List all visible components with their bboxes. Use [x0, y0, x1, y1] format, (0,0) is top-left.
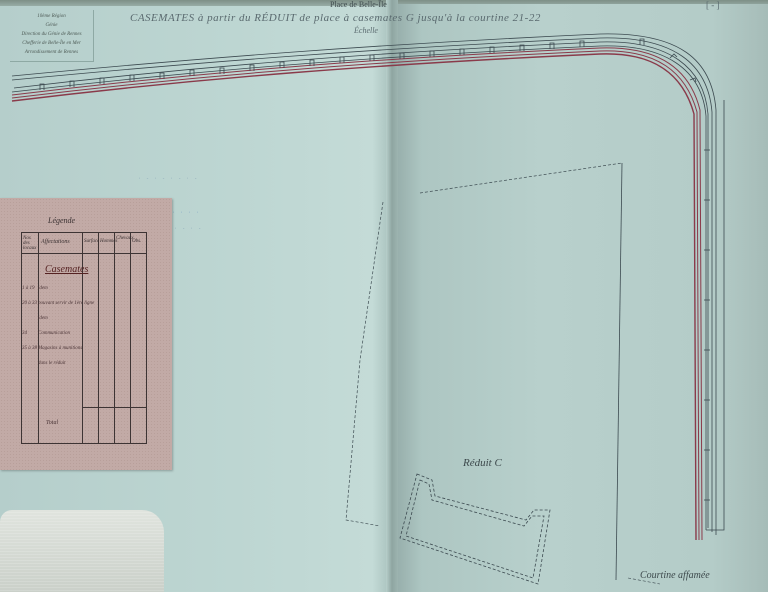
legend-row: 1 à 19idem — [22, 286, 48, 291]
table-divider — [114, 233, 115, 443]
legend-row: dans le réduit — [22, 361, 66, 366]
table-divider — [98, 233, 99, 443]
table-divider — [82, 407, 146, 408]
legend-row: 20 à 33pouvant servir de 1ère ligne — [22, 301, 94, 306]
legend-section-title: Casemates — [45, 264, 88, 275]
col-header: Affectations — [41, 239, 70, 245]
legend-total: Total — [46, 420, 58, 426]
col-header: Hommes — [100, 239, 118, 244]
legend-sheet: Légende Nos des locaux Affectations Surf… — [0, 198, 172, 470]
col-header: Surface — [84, 239, 99, 244]
redoubt-c-outline — [400, 474, 550, 584]
redoubt-label: Réduit C — [463, 457, 502, 469]
bottom-note: Courtine affamée — [640, 570, 710, 581]
legend-row: 35 à 38Magasins à munitions — [22, 346, 82, 351]
col-header: Obs. — [132, 239, 141, 244]
col-header: Chevaux — [116, 236, 134, 241]
table-divider — [38, 233, 39, 443]
col-header: Nos des locaux — [23, 236, 37, 251]
bleed-text: · - · - · - · - — [138, 176, 198, 182]
legend-title: Légende — [48, 216, 75, 225]
cushion-object — [0, 510, 164, 592]
legend-row: 34Communication — [22, 331, 70, 336]
table-divider — [22, 253, 146, 254]
courtine-line — [616, 163, 622, 580]
redoubt-enclosure — [346, 163, 622, 526]
table-divider — [130, 233, 131, 443]
legend-row: idem — [22, 316, 48, 321]
